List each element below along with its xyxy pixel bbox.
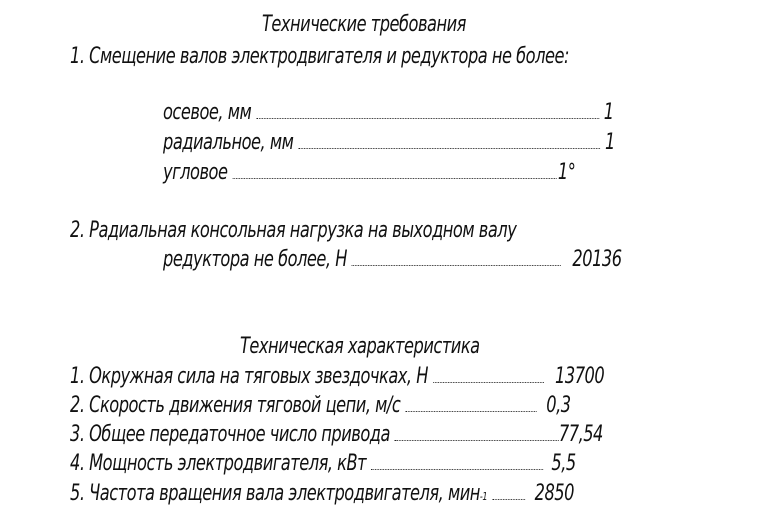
requirement-2-line2: редуктора не более, Н 20136 bbox=[163, 247, 622, 273]
leader-dots bbox=[395, 440, 559, 441]
row-value: 20136 bbox=[572, 247, 621, 273]
characteristic-row: 2. Скорость движения тяговой цепи, м/с 0… bbox=[70, 393, 571, 419]
leader-dots bbox=[371, 469, 543, 470]
row-label: 1. Окружная сила на тяговых звездочках, … bbox=[70, 364, 428, 390]
characteristics-title: Техническая характеристика bbox=[240, 334, 480, 360]
row-value: 77,54 bbox=[559, 422, 603, 448]
row-value: 1° bbox=[558, 160, 575, 186]
characteristic-row: 4. Мощность электродвигателя, кВт 5,5 bbox=[70, 451, 576, 477]
row-label: 3. Общее передаточное число привода bbox=[70, 422, 390, 448]
superscript-exponent: -1 bbox=[480, 484, 487, 510]
row-label: угловое bbox=[163, 160, 227, 186]
row-value: 13700 bbox=[555, 364, 604, 390]
leader-dots bbox=[298, 148, 600, 149]
characteristic-row: 1. Окружная сила на тяговых звездочках, … bbox=[70, 364, 604, 390]
requirement-1-row-angular: угловое 1° bbox=[163, 160, 575, 186]
row-value: 1 bbox=[605, 130, 615, 156]
row-value: 0,3 bbox=[546, 393, 570, 419]
row-label: 5. Частота вращения вала электродвигател… bbox=[70, 481, 480, 507]
characteristic-row: 5. Частота вращения вала электродвигател… bbox=[70, 481, 574, 510]
characteristic-row: 3. Общее передаточное число привода 77,5… bbox=[70, 422, 603, 448]
leader-dots bbox=[492, 499, 525, 500]
row-value: 2850 bbox=[535, 481, 574, 507]
leader-dots bbox=[433, 382, 544, 383]
row-label: осевое, мм bbox=[163, 100, 251, 126]
requirement-1-row-radial: радиальное, мм 1 bbox=[163, 130, 615, 156]
row-label: редуктора не более, Н bbox=[163, 247, 347, 273]
leader-dots bbox=[405, 411, 536, 412]
row-label: радиальное, мм bbox=[163, 130, 293, 156]
requirement-2-line1: 2. Радиальная консольная нагрузка на вых… bbox=[70, 218, 516, 244]
requirement-1-text: 1. Смещение валов электродвигателя и ред… bbox=[70, 44, 569, 70]
row-label: 2. Скорость движения тяговой цепи, м/с bbox=[70, 393, 400, 419]
row-value: 5,5 bbox=[551, 451, 575, 477]
requirements-title: Технические требования bbox=[262, 12, 466, 38]
leader-dots bbox=[352, 265, 561, 266]
leader-dots bbox=[256, 118, 599, 119]
leader-dots bbox=[232, 178, 556, 179]
row-value: 1 bbox=[604, 100, 614, 126]
requirement-1-row-axial: осевое, мм 1 bbox=[163, 100, 614, 126]
row-label: 4. Мощность электродвигателя, кВт bbox=[70, 451, 366, 477]
